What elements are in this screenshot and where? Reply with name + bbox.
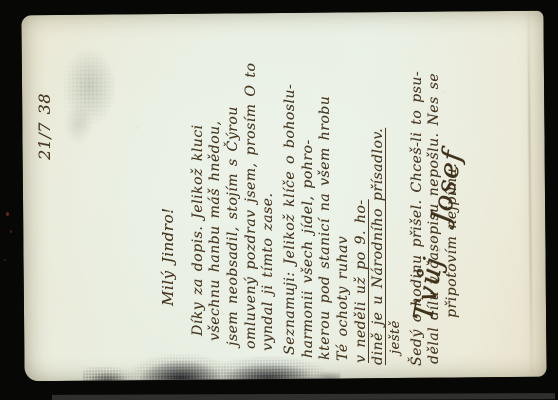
handwriting-line: omluvený pozdrav jsem, prosím O to	[244, 24, 260, 349]
handwriting-line: 21/7 38	[36, 24, 54, 160]
handwriting-line: Díky za dopis. Jelikož kluci	[191, 24, 207, 336]
crease-line	[527, 13, 532, 373]
handwriting-line: Té ochoty ruhav	[336, 24, 352, 361]
postcard-photo: 21/7 38Milý Jindro!Díky za dopis. Jeliko…	[0, 0, 558, 400]
handwriting-line: všechnu hanbu máš hnědou,	[208, 24, 224, 341]
dust-speck	[10, 230, 12, 233]
handwriting-line: harmonii všech jídel, pohro-	[301, 24, 317, 358]
handwriting-line: ještě	[389, 24, 404, 354]
dust-speck	[4, 259, 6, 261]
handwriting-text: 21/7 38Milý Jindro!Díky za dopis. Jeliko…	[30, 24, 482, 374]
dust-speck	[6, 212, 9, 216]
handwriting-line: Seznamuji: Jelikož klíče o bohoslu-	[283, 24, 299, 355]
handwriting-line: v neděli už po 9. ho-	[354, 24, 370, 363]
handwriting-line: jsem neobsadil, stojím s Čýrou	[226, 24, 242, 346]
handwriting-line: vyndal ji tímto zase.	[261, 24, 277, 351]
handwriting-line: Milý Jindro!	[160, 24, 177, 306]
handwriting-line: dině je u Národního přísadlov.	[371, 24, 387, 365]
handwriting-line: kterou pod stanicí na všem hrobu	[318, 24, 334, 360]
scan-edge-strip	[52, 393, 555, 400]
